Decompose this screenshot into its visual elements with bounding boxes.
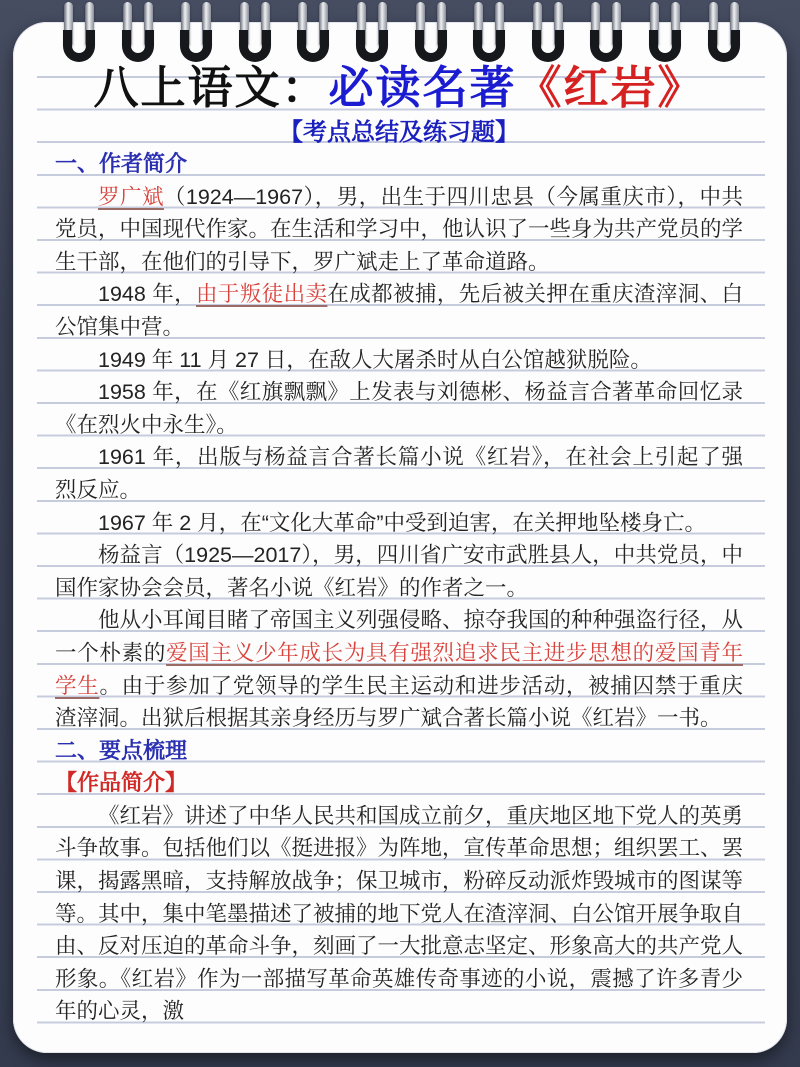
paragraph-author-4: 1958 年，在《红旗飘飘》上发表与刘德彬、杨益言合著革命回忆录《在烈火中永生》…: [55, 376, 743, 441]
title-highlight: 必读名著: [328, 62, 516, 113]
betrayal-highlight: 由于叛徒出卖: [196, 282, 327, 306]
section-heading-key-points: 二、要点梳理: [55, 735, 743, 768]
notebook-photo: 八上语文：必读名著《红岩》 【考点总结及练习题】 一、作者简介 罗广斌（1924…: [0, 0, 800, 1067]
paragraph-author-3: 1949 年 11 月 27 日，在敌人大屠杀时从白公馆越狱脱险。: [55, 344, 743, 377]
paragraph-author-7: 杨益言（1925—2017），男，四川省广安市武胜县人，中共党员，中国作家协会会…: [55, 539, 743, 604]
text-run: 。由于参加了党领导的学生民主运动和进步活动，被捕囚禁于重庆渣滓洞。出狱后根据其亲…: [55, 674, 743, 731]
work-intro-label: 【作品简介】: [55, 767, 743, 800]
page-content: 八上语文：必读名著《红岩》 【考点总结及练习题】 一、作者简介 罗广斌（1924…: [55, 58, 743, 1028]
paragraph-author-1: 罗广斌（1924—1967），男，出生于四川忠县（今属重庆市），中共党员，中国现…: [55, 181, 743, 279]
paragraph-author-6: 1967 年 2 月，在“文化大革命”中受到迫害，在关押地坠楼身亡。: [55, 507, 743, 540]
paragraph-author-8: 他从小耳闻目睹了帝国主义列强侵略、掠夺我国的种种强盗行径，从一个朴素的爱国主义少…: [55, 604, 743, 734]
author-name-highlight: 罗广斌: [98, 185, 164, 209]
paragraph-work-intro: 《红岩》讲述了中华人民共和国成立前夕，重庆地区地下党人的英勇斗争故事。包括他们以…: [55, 800, 743, 1028]
notebook-page: 八上语文：必读名著《红岩》 【考点总结及练习题】 一、作者简介 罗广斌（1924…: [13, 22, 787, 1053]
paragraph-author-2: 1948 年，由于叛徒出卖在成都被捕，先后被关押在重庆渣滓洞、白公馆集中营。: [55, 278, 743, 343]
page-subtitle: 【考点总结及练习题】: [55, 118, 743, 148]
section-heading-author-intro: 一、作者简介: [55, 148, 743, 181]
text-run: 1948 年，: [98, 282, 196, 306]
page-title: 八上语文：必读名著《红岩》: [55, 58, 743, 118]
title-book-name: 《红岩》: [517, 62, 705, 113]
title-course: 八上语文：: [93, 62, 328, 113]
paragraph-author-5: 1961 年，出版与杨益言合著长篇小说《红岩》，在社会上引起了强烈反应。: [55, 441, 743, 506]
